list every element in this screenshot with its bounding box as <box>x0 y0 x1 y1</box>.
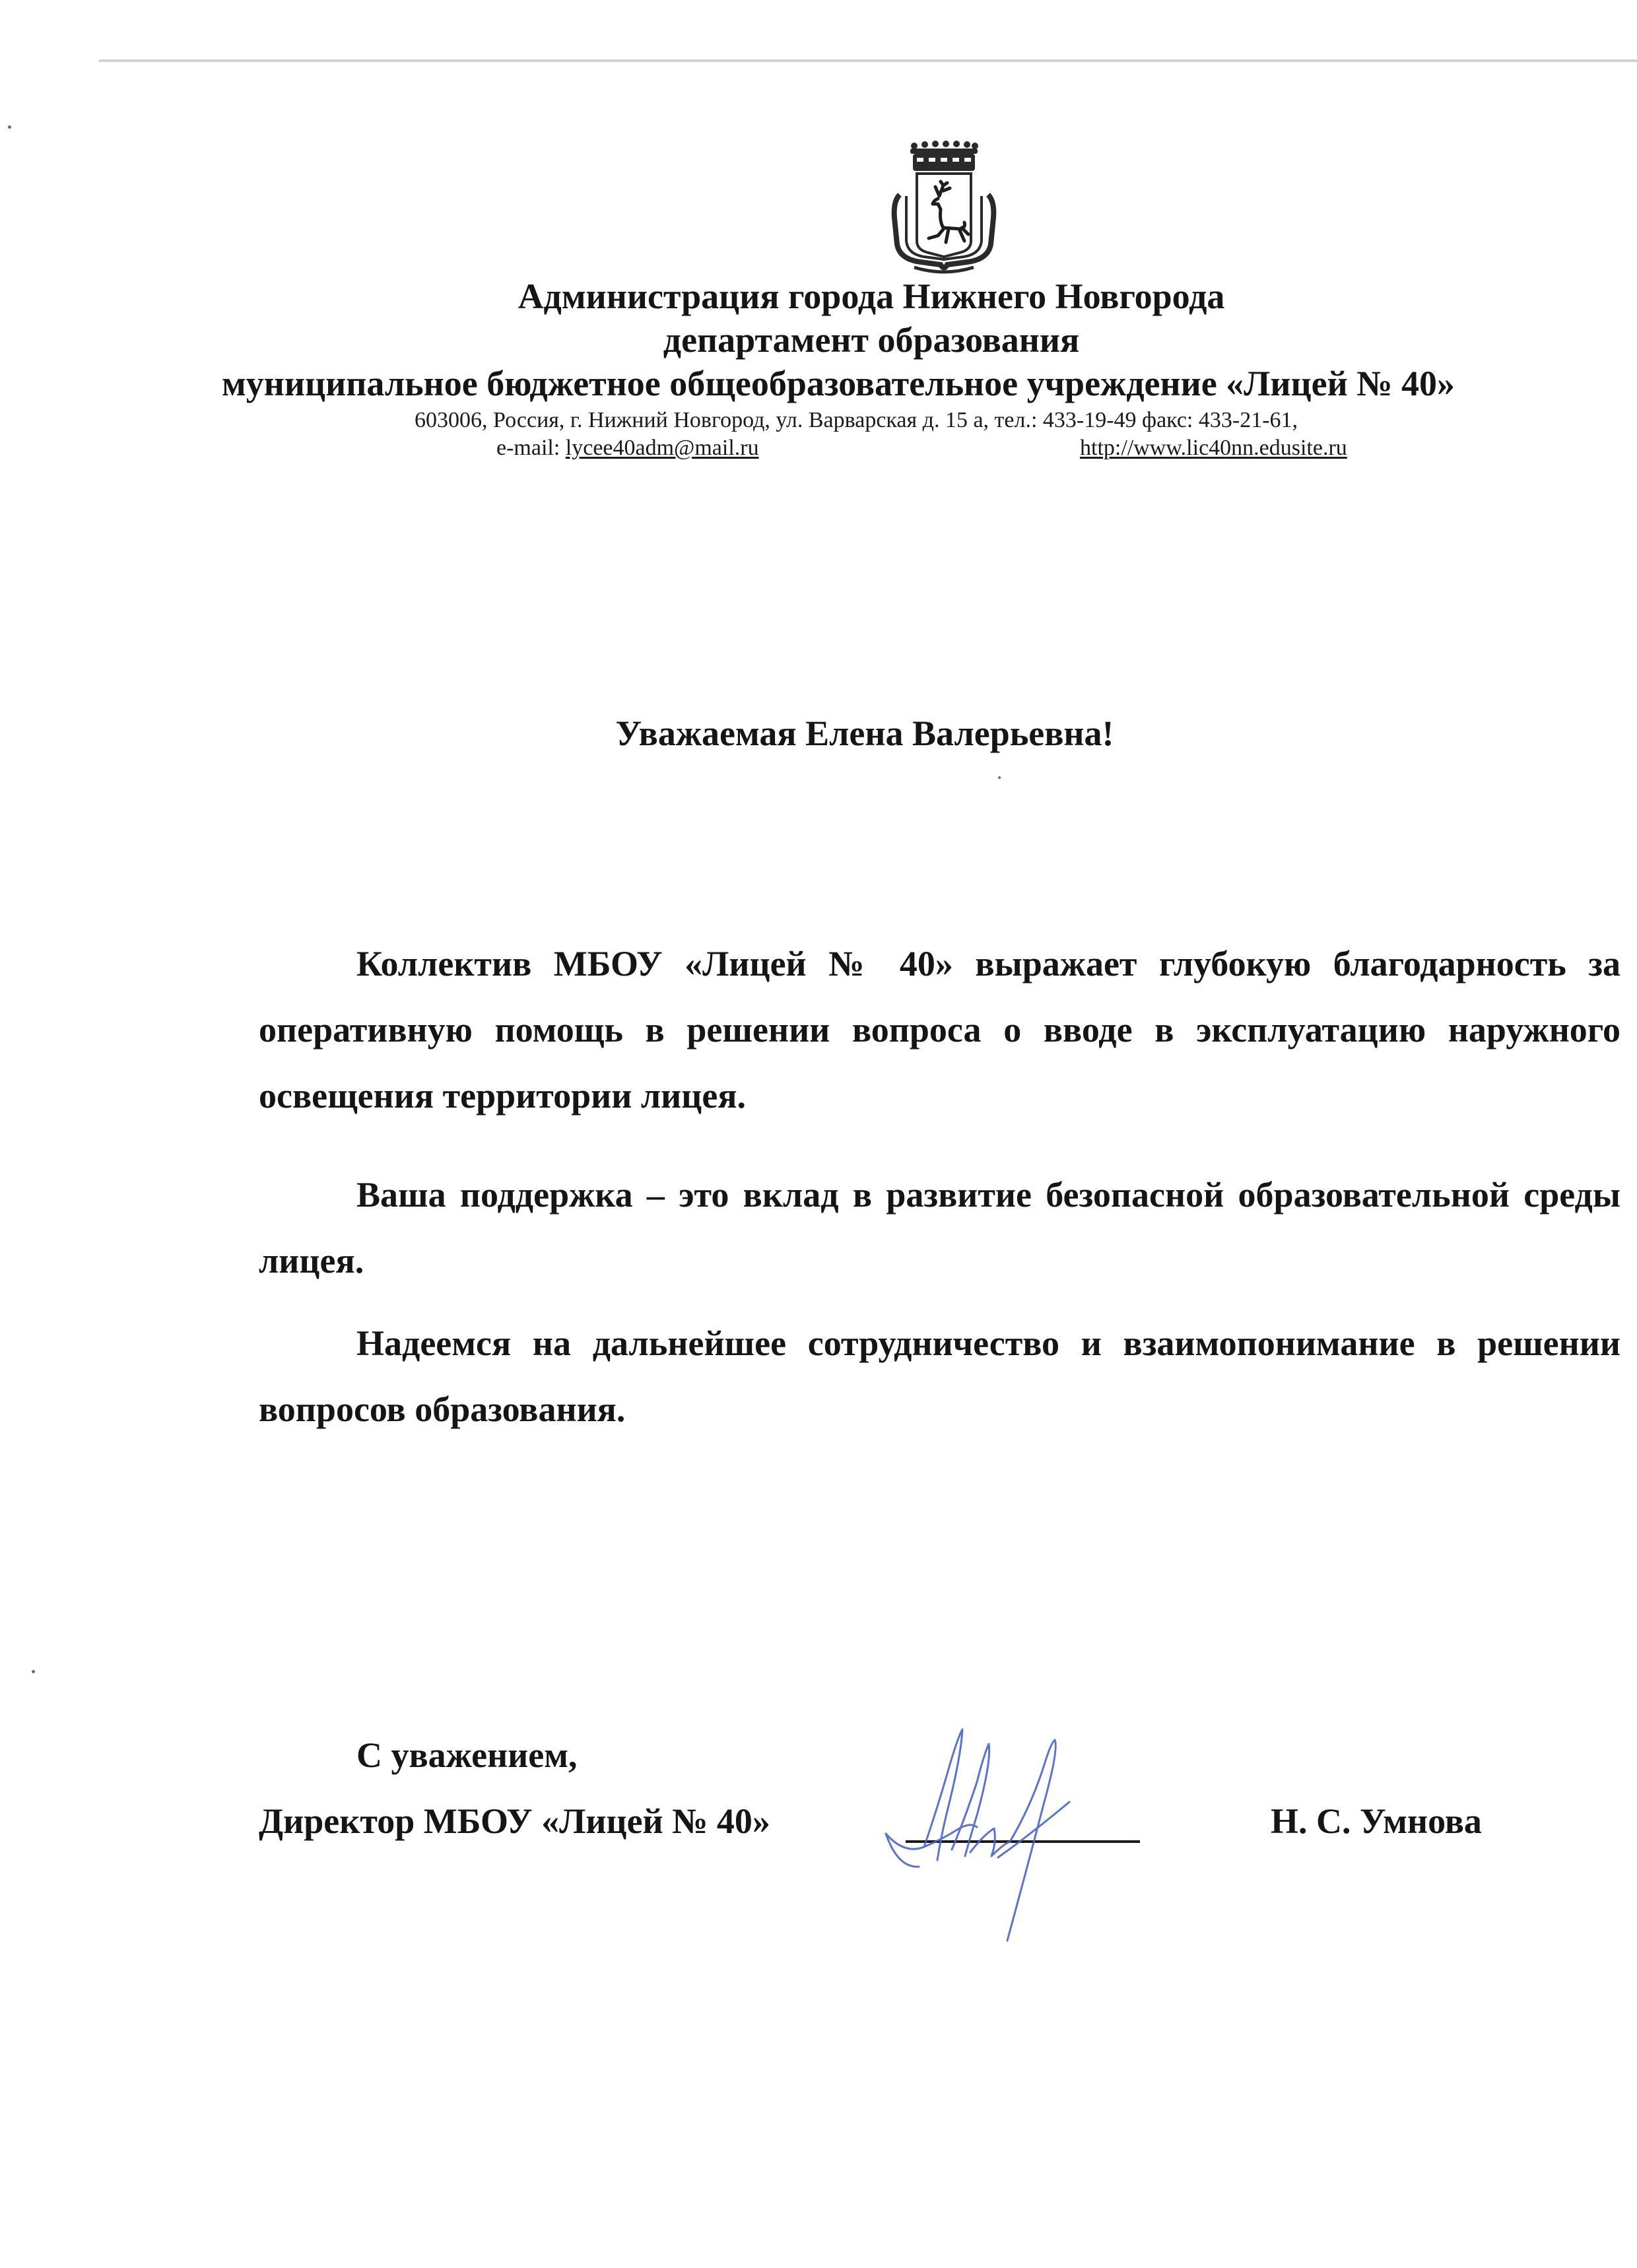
letterhead-email-row: e-mail: lycee40adm@mail.ru <box>496 436 759 461</box>
letterhead-institution: муниципальное бюджетное общеобразователь… <box>0 363 1637 404</box>
letterhead-department: департамент образования <box>0 319 1637 360</box>
body-paragraph-2: Ваша поддержка – это вклад в развитие бе… <box>259 1162 1620 1294</box>
closing-regards: С уважением, <box>356 1735 578 1776</box>
signer-position: Директор МБОУ «Лицей № 40» <box>259 1801 770 1842</box>
letterhead-administration: Администрация города Нижнего Новгорода <box>0 276 1637 317</box>
body-paragraph-1: Коллектив МБОУ «Лицей № 40» выражает глу… <box>259 931 1620 1129</box>
coat-of-arms-icon <box>875 135 1013 277</box>
signer-name: Н. С. Умнова <box>1271 1801 1482 1842</box>
email-link[interactable]: lycee40adm@mail.ru <box>566 436 759 460</box>
website-link[interactable]: http://www.lic40nn.edusite.ru <box>1080 436 1347 460</box>
salutation: Уважаемая Елена Валерьевна! <box>0 713 1637 754</box>
letterhead-website-row: http://www.lic40nn.edusite.ru <box>1080 436 1347 461</box>
scan-speck <box>998 776 1001 779</box>
handwritten-signature-icon <box>878 1703 1234 1954</box>
letterhead-address: 603006, Россия, г. Нижний Новгород, ул. … <box>415 408 1298 433</box>
scan-speck <box>32 1670 35 1673</box>
body-paragraph-3: Надеемся на дальнейшее сотрудничество и … <box>259 1310 1620 1442</box>
letterhead: Администрация города Нижнего Новгорода д… <box>0 0 1637 475</box>
email-label: e-mail: <box>496 436 566 460</box>
